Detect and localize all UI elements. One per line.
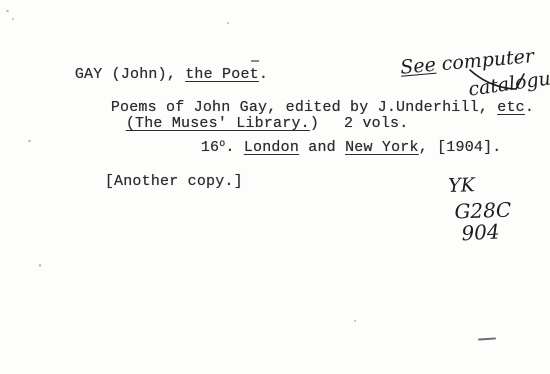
scan-speck	[12, 18, 14, 20]
scan-speck	[227, 22, 229, 24]
scan-speck	[6, 9, 10, 12]
format-superscript: o	[219, 139, 225, 150]
imprint-conjunction: and	[299, 139, 345, 156]
imprint-place-newyork: New York	[345, 139, 419, 156]
format-number: 16	[201, 139, 219, 156]
copy-note: [Another copy.]	[105, 173, 243, 190]
shelfmark-line-3: 904	[434, 195, 501, 270]
scan-speck	[28, 140, 31, 142]
heading-epithet: the Poet	[185, 66, 259, 83]
see-word: See	[399, 54, 436, 79]
heading-period: .	[259, 66, 268, 83]
copy-note-line: [Another copy.]	[68, 158, 243, 206]
shelfmark-904: 904	[461, 219, 500, 245]
scan-speck	[39, 264, 41, 267]
imprint-place-london: London	[244, 139, 299, 156]
scan-speck	[354, 320, 356, 322]
pen-flourish	[468, 58, 538, 98]
pencil-dash-mark	[478, 337, 496, 340]
heading-author: GAY (John),	[75, 66, 185, 83]
catalogue-card: GAY (John), the Poet. Poems of John Gay,…	[0, 0, 550, 374]
imprint-separator: .	[225, 139, 243, 156]
small-dash-mark	[251, 60, 259, 62]
